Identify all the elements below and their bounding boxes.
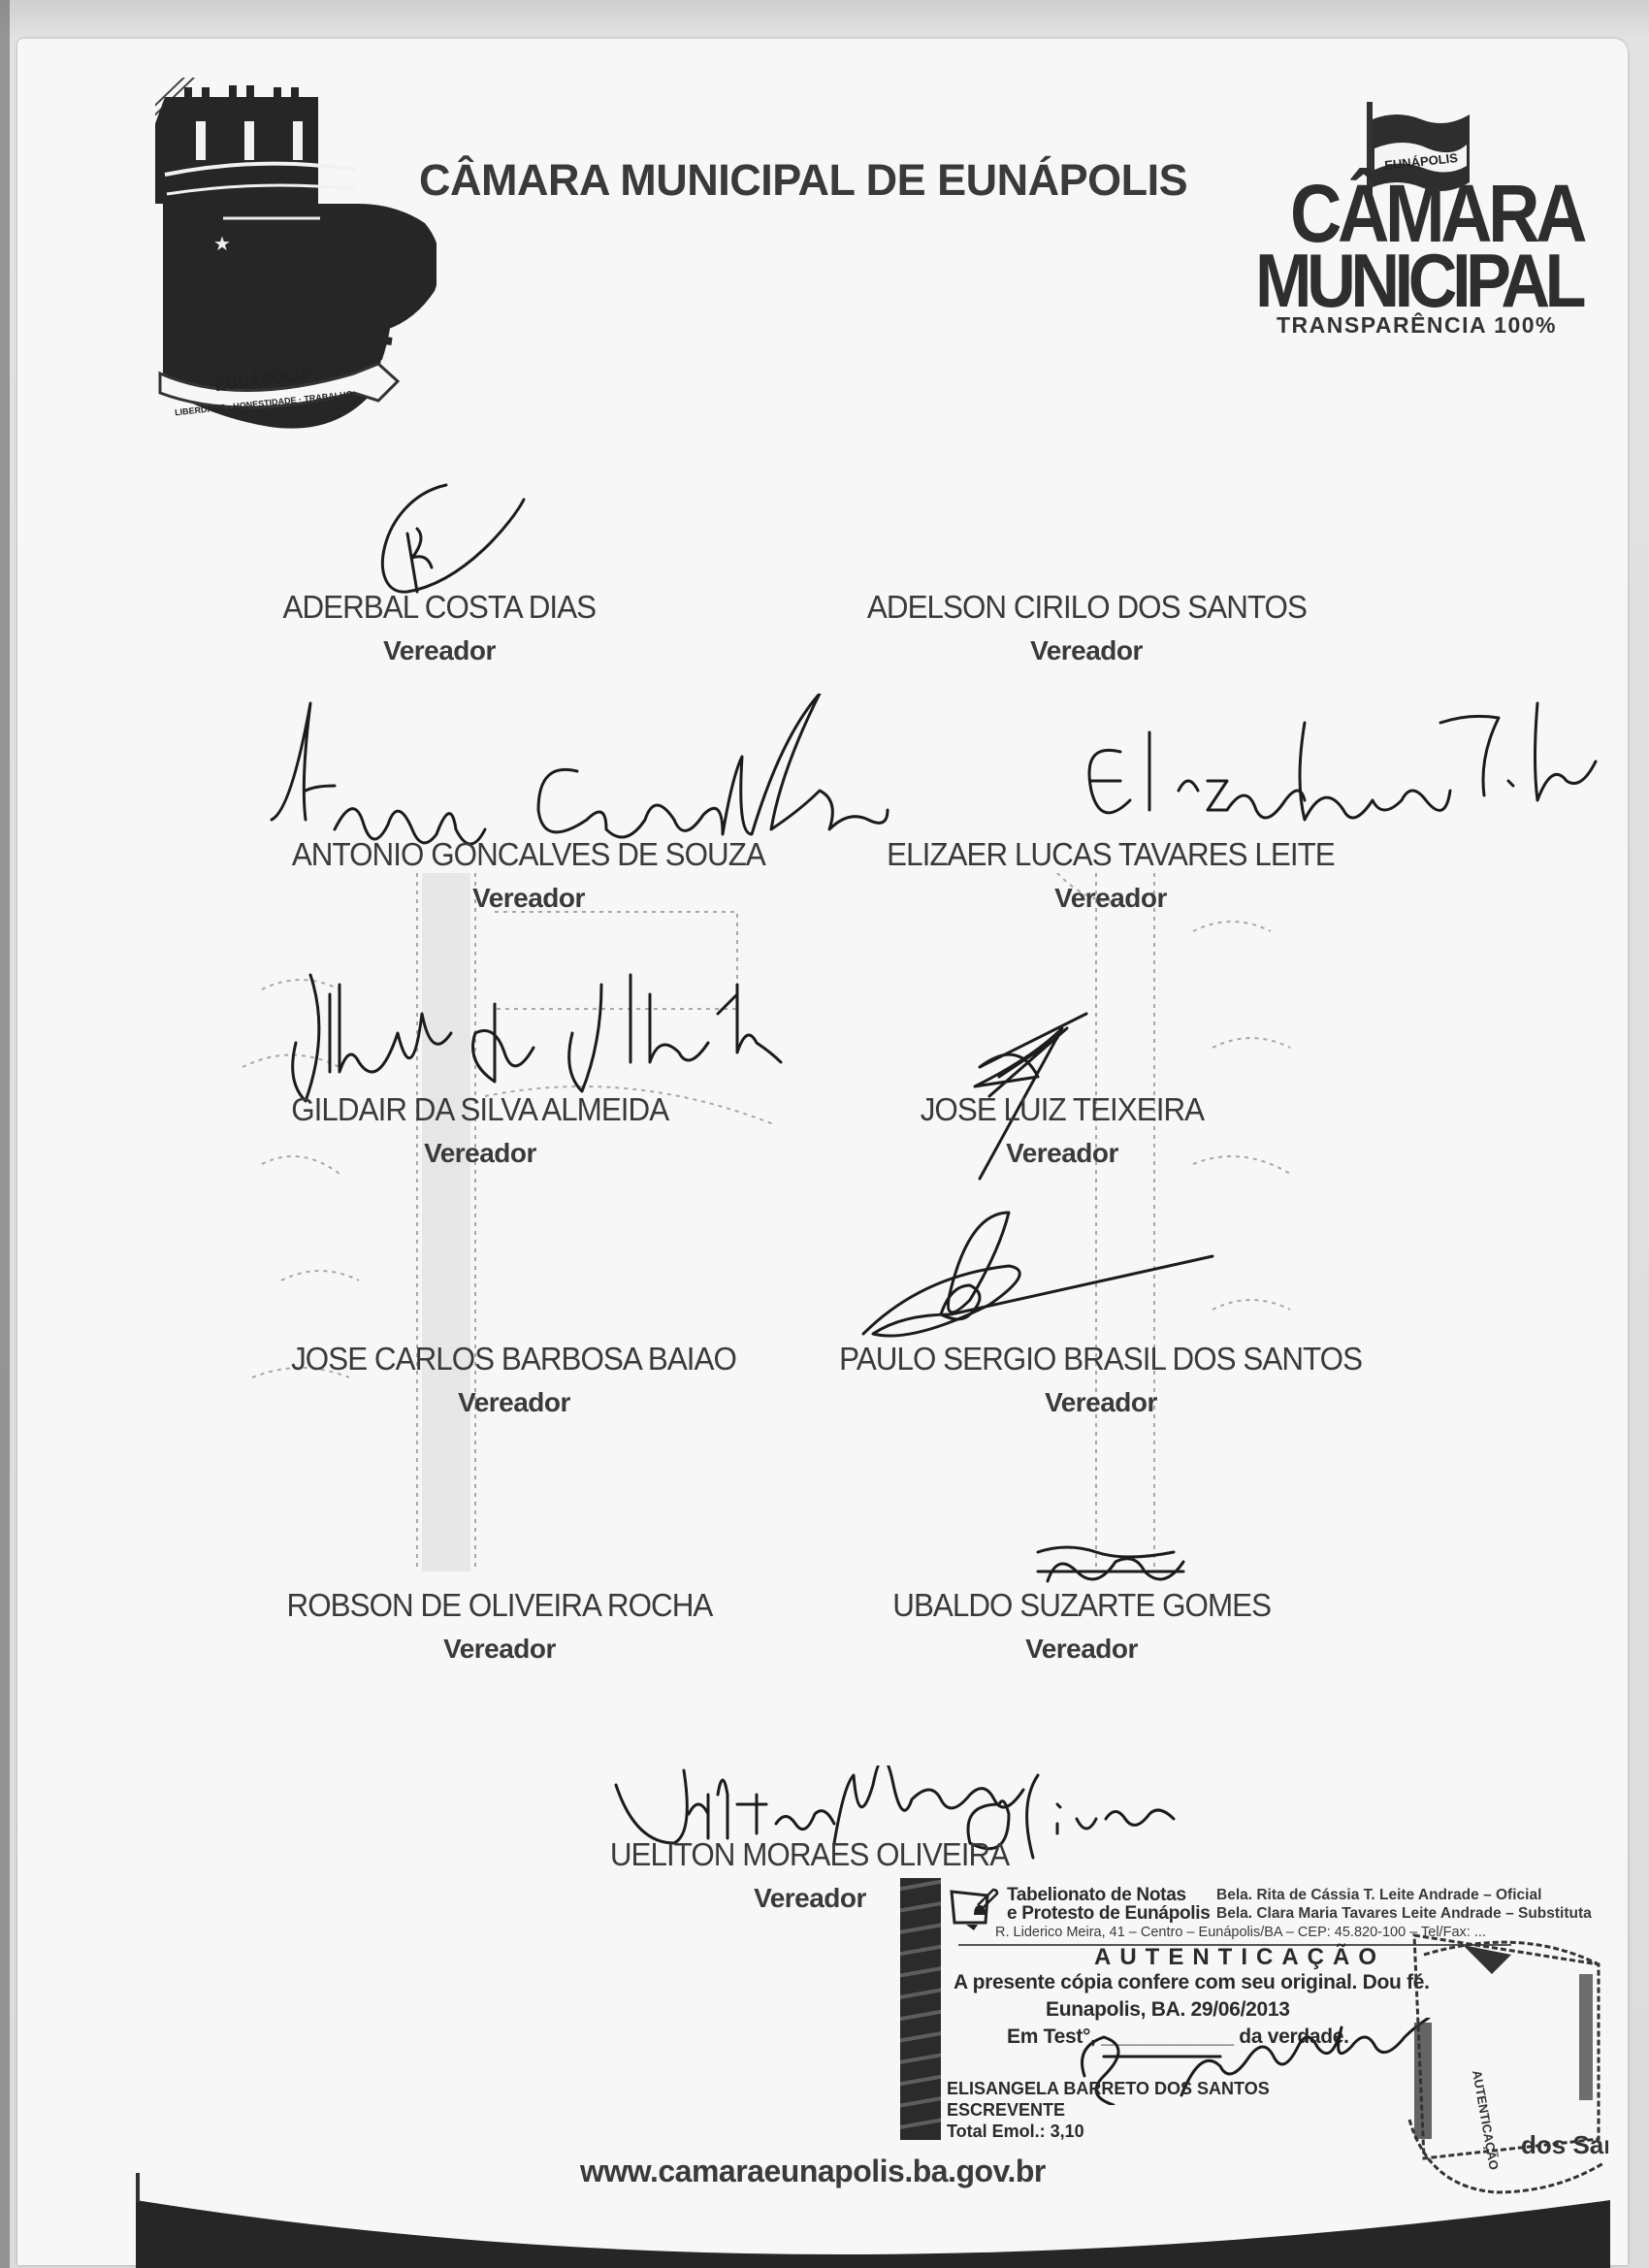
authentication-heading: AUTENTICAÇÃO <box>1094 1944 1385 1971</box>
svg-text:★: ★ <box>213 234 231 255</box>
signatory-block: PAULO SERGIO BRASIL DOS SANTOS Vereador <box>805 1341 1397 1418</box>
svg-text:AUTENTICAÇÃO: AUTENTICAÇÃO <box>1470 2069 1502 2171</box>
signatory-name: ADELSON CIRILO DOS SANTOS <box>866 589 1306 626</box>
signatory-name: UBALDO SUZARTE GOMES <box>892 1587 1271 1624</box>
page-title: CÂMARA MUNICIPAL DE EUNÁPOLIS <box>419 155 1187 206</box>
signatory-role: Vereador <box>257 883 800 914</box>
signatory-name: UELITON MORAES OLIVEIRA <box>610 1836 1009 1873</box>
signatory-role: Vereador <box>854 883 1368 914</box>
signatory-name: ADERBAL COSTA DIAS <box>283 589 597 626</box>
brand-municipal-text: MUNICIPAL <box>1255 243 1581 318</box>
notary-authentication-stamp: Tabelionato de Notas e Protesto de Eunáp… <box>900 1872 1608 2144</box>
signatory-block: ROBSON DE OLIVEIRA ROCHA Vereador <box>257 1587 742 1665</box>
signatory-name: PAULO SERGIO BRASIL DOS SANTOS <box>840 1341 1363 1377</box>
monitor-pen-icon <box>949 1886 999 1932</box>
signatory-role: Vereador <box>805 1387 1397 1418</box>
signatory-block: ADERBAL COSTA DIAS Vereador <box>260 589 619 666</box>
signatory-role: Vereador <box>260 635 619 666</box>
footer-band <box>136 2173 1610 2268</box>
scanner-edge <box>0 0 10 2268</box>
coat-of-arms-icon: ★ EUNÁPOLIS LIBERDADE · HONESTIDADE · TR… <box>155 78 436 446</box>
signatory-name: ROBSON DE OLIVEIRA ROCHA <box>287 1587 713 1624</box>
signatory-role: Vereador <box>257 1634 742 1665</box>
authentication-statement: A presente cópia confere com seu origina… <box>954 1969 1430 2051</box>
stamp-edge <box>900 1878 941 2140</box>
signatory-block: JOSE CARLOS BARBOSA BAIAO Vereador <box>257 1341 771 1418</box>
signatory-role: Vereador <box>805 635 1368 666</box>
camara-brand-logo: EUNÁPOLIS CÂMARA MUNICIPAL TRANSPARÊNCIA… <box>1251 97 1610 349</box>
brand-tagline: TRANSPARÊNCIA 100% <box>1277 312 1557 339</box>
signatory-role: Vereador <box>844 1634 1319 1665</box>
signatory-name: JOSE CARLOS BARBOSA BAIAO <box>292 1341 737 1377</box>
notary-clerk: ELISANGELA BARRETO DOS SANTOS ESCREVENTE… <box>947 2078 1270 2142</box>
tree-watermark <box>223 873 1387 1571</box>
signatory-name: ELIZAER LUCAS TAVARES LEITE <box>887 836 1335 873</box>
signatory-block: ELIZAER LUCAS TAVARES LEITE Vereador <box>854 836 1368 914</box>
notary-office-name: Tabelionato de Notas e Protesto de Eunáp… <box>1007 1886 1211 1923</box>
notary-seal-stamp: dos San AUTENTICAÇÃO <box>1405 1926 1608 2197</box>
signatory-role: Vereador <box>873 1138 1251 1169</box>
signatory-block: UBALDO SUZARTE GOMES Vereador <box>844 1587 1319 1665</box>
signatory-name: JOSE LUIZ TEIXEIRA <box>921 1091 1204 1128</box>
svg-text:dos San: dos San <box>1521 2130 1608 2159</box>
notary-officials: Bela. Rita de Cássia T. Leite Andrade – … <box>1216 1886 1592 1923</box>
signatory-name: ANTONIO GONCALVES DE SOUZA <box>292 836 765 873</box>
signatory-block: GILDAIR DA SILVA ALMEIDA Vereador <box>257 1091 703 1169</box>
signatory-role: Vereador <box>257 1387 771 1418</box>
signatory-role: Vereador <box>257 1138 703 1169</box>
signatory-block: ANTONIO GONCALVES DE SOUZA Vereador <box>257 836 800 914</box>
signatory-name: GILDAIR DA SILVA ALMEIDA <box>292 1091 669 1128</box>
signatory-block: JOSE LUIZ TEIXEIRA Vereador <box>873 1091 1251 1169</box>
signatory-block: ADELSON CIRILO DOS SANTOS Vereador <box>805 589 1368 666</box>
